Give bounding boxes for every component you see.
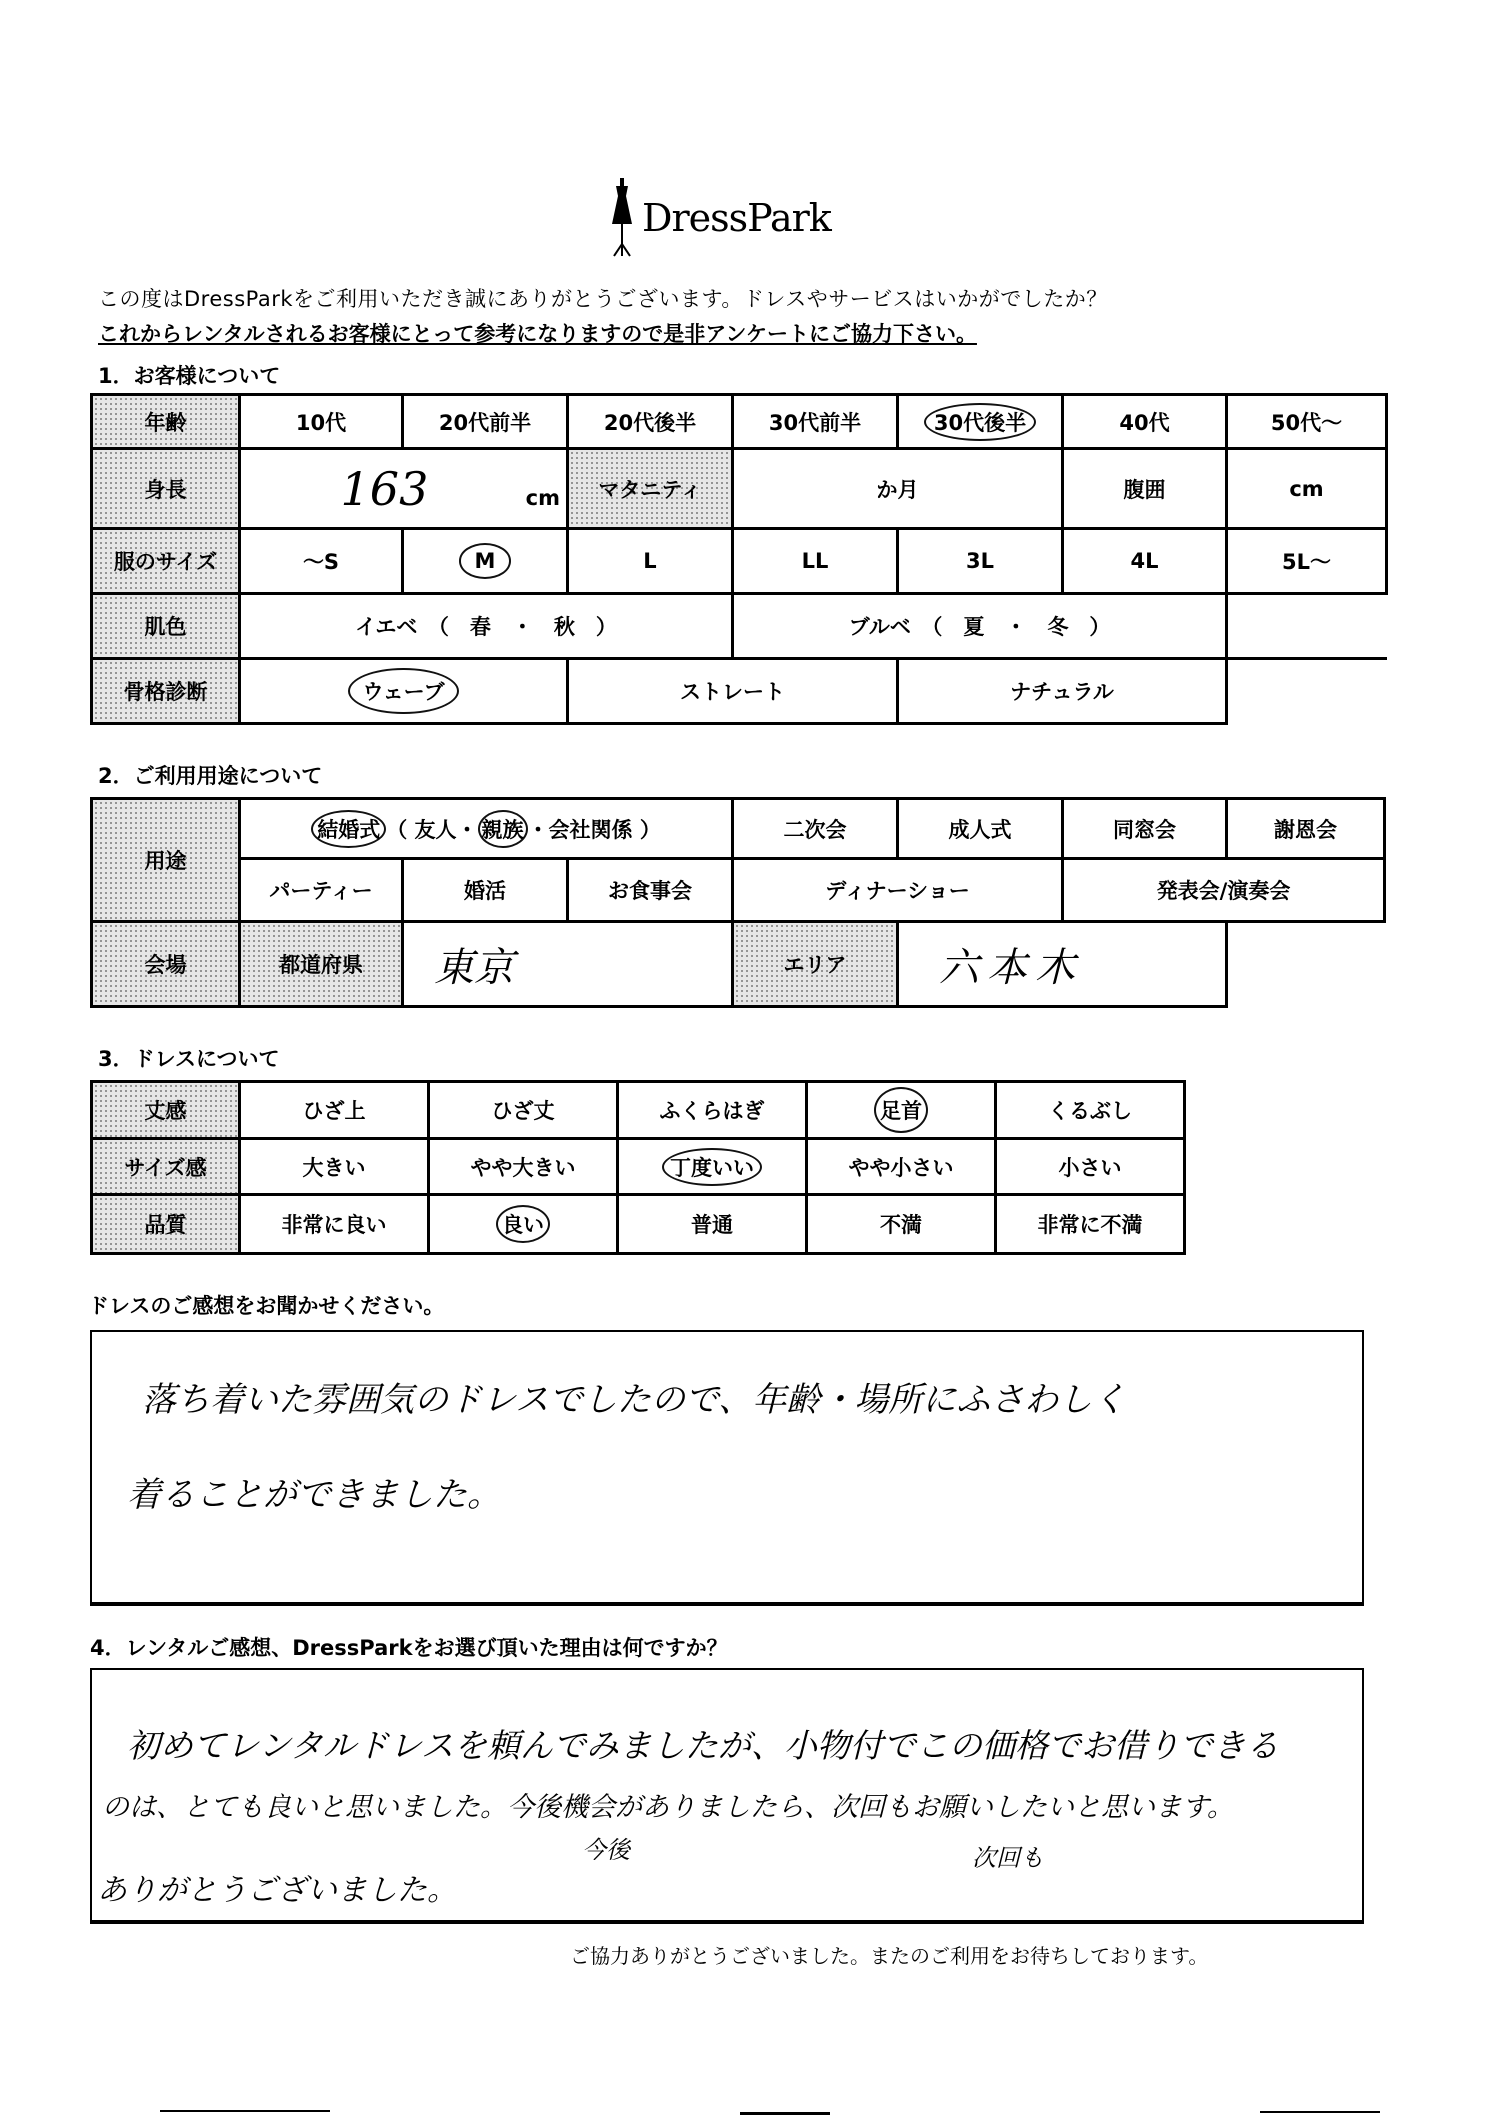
usage-option[interactable]: 成人式 bbox=[898, 799, 1063, 859]
selected-circle: ウェーブ bbox=[348, 668, 458, 714]
usage-option[interactable]: 婚活 bbox=[403, 859, 568, 922]
scan-artifact bbox=[160, 2110, 330, 2112]
section2-title: 2．ご利用用途について bbox=[98, 760, 322, 790]
age-label: 年齢 bbox=[92, 395, 240, 449]
fit-option-selected[interactable]: 丁度いい bbox=[618, 1139, 807, 1195]
skin-row: 肌色 イエベ （ 春 ・ 秋 ） ブルベ （ 夏 ・ 冬 ） bbox=[92, 594, 1387, 659]
size-option[interactable]: 3L bbox=[898, 529, 1063, 594]
size-option[interactable]: 4L bbox=[1063, 529, 1227, 594]
wedding-option[interactable]: 結婚式（ 友人・親族・会社関係 ） bbox=[240, 799, 733, 859]
prefecture-value: 東京 bbox=[434, 945, 514, 991]
empty-cell bbox=[1227, 659, 1387, 724]
age-option[interactable]: 20代後半 bbox=[568, 395, 733, 449]
skin-label: 肌色 bbox=[92, 594, 240, 659]
usage-row-1: 用途 結婚式（ 友人・親族・会社関係 ） 二次会 成人式 同窓会 謝恩会 bbox=[92, 799, 1385, 859]
frame-option-selected[interactable]: ウェーブ bbox=[240, 659, 568, 724]
brand-logo: DressPark bbox=[606, 178, 846, 258]
age-option-selected[interactable]: 30代後半 bbox=[898, 395, 1063, 449]
quality-option[interactable]: 不満 bbox=[807, 1195, 996, 1254]
age-option[interactable]: 40代 bbox=[1063, 395, 1227, 449]
maternity-label: マタニティ bbox=[568, 449, 733, 529]
dress-comment-prompt: ドレスのご感想をお聞かせください。 bbox=[88, 1290, 444, 1320]
length-option[interactable]: ふくらはぎ bbox=[618, 1082, 807, 1139]
rental-comment-line: ありがとうございました。 bbox=[97, 1865, 457, 1909]
waist-label: 腹囲 bbox=[1063, 449, 1227, 529]
insert-note: 次回も bbox=[972, 1838, 1044, 1873]
age-option[interactable]: 20代前半 bbox=[403, 395, 568, 449]
skin-yellow-option[interactable]: イエベ （ 春 ・ 秋 ） bbox=[240, 594, 733, 659]
purpose-label: 用途 bbox=[92, 799, 240, 922]
wedding-open-text: （ 友人・ bbox=[386, 818, 477, 842]
area-value: 六本木 bbox=[939, 945, 1083, 991]
fit-option[interactable]: やや小さい bbox=[807, 1139, 996, 1195]
age-option[interactable]: 50代～ bbox=[1227, 395, 1387, 449]
selected-circle: M bbox=[459, 543, 512, 579]
area-label: エリア bbox=[733, 922, 898, 1007]
footer-thanks: ご協力ありがとうございました。またのご利用をお待ちしております。 bbox=[570, 1940, 1208, 1969]
length-option[interactable]: ひざ上 bbox=[240, 1082, 429, 1139]
quality-option[interactable]: 非常に不満 bbox=[996, 1195, 1185, 1254]
rental-comment-box[interactable]: 初めてレンタルドレスを頼んでみましたが、小物付でこの価格でお借りできる のは、と… bbox=[90, 1668, 1364, 1924]
scan-artifact bbox=[1260, 2111, 1380, 2113]
frame-label: 骨格診断 bbox=[92, 659, 240, 724]
fit-label: サイズ感 bbox=[92, 1139, 240, 1195]
skin-blue-option[interactable]: ブルベ （ 夏 ・ 冬 ） bbox=[733, 594, 1227, 659]
wedding-close-text: ・会社関係 ） bbox=[528, 818, 661, 842]
venue-label: 会場 bbox=[92, 922, 240, 1007]
selected-circle: 30代後半 bbox=[924, 403, 1036, 441]
dress-comment-line: 落ち着いた雰囲気のドレスでしたので、年齢・場所にふさわしく bbox=[142, 1372, 1126, 1421]
dress-comment-line: 着ることができました。 bbox=[127, 1467, 501, 1516]
insert-note: 今後 bbox=[582, 1830, 630, 1865]
fit-option[interactable]: 大きい bbox=[240, 1139, 429, 1195]
size-option[interactable]: 5L～ bbox=[1227, 529, 1387, 594]
usage-option[interactable]: 発表会/演奏会 bbox=[1063, 859, 1385, 922]
selected-circle: 丁度いい bbox=[662, 1148, 762, 1186]
fit-option[interactable]: やや大きい bbox=[429, 1139, 618, 1195]
size-row: 服のサイズ ～S M L LL 3L 4L 5L～ bbox=[92, 529, 1387, 594]
dress-form-icon bbox=[606, 178, 638, 258]
rental-comment-line: 初めてレンタルドレスを頼んでみましたが、小物付でこの価格でお借りできる bbox=[127, 1720, 1279, 1767]
intro-request: これからレンタルされるお客様にとって参考になりますので是非アンケートにご協力下さ… bbox=[98, 318, 977, 348]
waist-field[interactable]: cm bbox=[1227, 449, 1387, 529]
usage-option[interactable]: 謝恩会 bbox=[1227, 799, 1385, 859]
section3-title: 3．ドレスについて bbox=[98, 1043, 280, 1073]
quality-option[interactable]: 普通 bbox=[618, 1195, 807, 1254]
scan-artifact bbox=[740, 2112, 830, 2115]
frame-option[interactable]: ナチュラル bbox=[898, 659, 1227, 724]
frame-row: 骨格診断 ウェーブ ストレート ナチュラル bbox=[92, 659, 1387, 724]
usage-row-2: パーティー 婚活 お食事会 ディナーショー 発表会/演奏会 bbox=[92, 859, 1385, 922]
prefecture-field[interactable]: 東京 bbox=[403, 922, 733, 1007]
size-label: 服のサイズ bbox=[92, 529, 240, 594]
rental-comment-line: のは、とても良いと思いました。今後機会がありましたら、次回もお願いしたいと思いま… bbox=[102, 1785, 1234, 1824]
selected-circle: 良い bbox=[496, 1205, 550, 1243]
venue-row: 会場 都道府県 東京 エリア 六本木 bbox=[92, 922, 1385, 1007]
length-option[interactable]: くるぶし bbox=[996, 1082, 1185, 1139]
area-field[interactable]: 六本木 bbox=[898, 922, 1227, 1007]
frame-option[interactable]: ストレート bbox=[568, 659, 898, 724]
usage-table: 用途 結婚式（ 友人・親族・会社関係 ） 二次会 成人式 同窓会 謝恩会 パーテ… bbox=[90, 797, 1386, 1008]
prefecture-label: 都道府県 bbox=[240, 922, 403, 1007]
length-label: 丈感 bbox=[92, 1082, 240, 1139]
selected-circle: 足首 bbox=[874, 1087, 928, 1133]
usage-option[interactable]: パーティー bbox=[240, 859, 403, 922]
height-label: 身長 bbox=[92, 449, 240, 529]
customer-info-table: 年齢 10代 20代前半 20代後半 30代前半 30代後半 40代 50代～ … bbox=[90, 393, 1388, 725]
quality-option-selected[interactable]: 良い bbox=[429, 1195, 618, 1254]
size-option-selected[interactable]: M bbox=[403, 529, 568, 594]
fit-option[interactable]: 小さい bbox=[996, 1139, 1185, 1195]
length-option[interactable]: ひざ丈 bbox=[429, 1082, 618, 1139]
length-row: 丈感 ひざ上 ひざ丈 ふくらはぎ 足首 くるぶし bbox=[92, 1082, 1185, 1139]
dress-comment-box[interactable]: 落ち着いた雰囲気のドレスでしたので、年齢・場所にふさわしく 着ることができました… bbox=[90, 1330, 1364, 1606]
wedding-selected: 結婚式 bbox=[311, 810, 386, 848]
age-option[interactable]: 10代 bbox=[240, 395, 403, 449]
age-row: 年齢 10代 20代前半 20代後半 30代前半 30代後半 40代 50代～ bbox=[92, 395, 1387, 449]
section4-title: 4．レンタルご感想、DressParkをお選び頂いた理由は何ですか？ bbox=[90, 1632, 728, 1662]
quality-option[interactable]: 非常に良い bbox=[240, 1195, 429, 1254]
usage-option[interactable]: 二次会 bbox=[733, 799, 898, 859]
height-value: 163 bbox=[341, 462, 429, 516]
brand-name: DressPark bbox=[642, 196, 831, 240]
fit-row: サイズ感 大きい やや大きい 丁度いい やや小さい 小さい bbox=[92, 1139, 1185, 1195]
size-option[interactable]: L bbox=[568, 529, 733, 594]
quality-label: 品質 bbox=[92, 1195, 240, 1254]
empty-cell bbox=[1227, 922, 1385, 1007]
height-unit: cm bbox=[526, 486, 560, 510]
quality-row: 品質 非常に良い 良い 普通 不満 非常に不満 bbox=[92, 1195, 1185, 1254]
intro-text: この度はDressParkをご利用いただき誠にありがとうございます。ドレスやサー… bbox=[98, 283, 1108, 313]
height-field[interactable]: 163 cm bbox=[240, 449, 568, 529]
empty-cell bbox=[1227, 594, 1387, 659]
height-row: 身長 163 cm マタニティ か月 腹囲 cm bbox=[92, 449, 1387, 529]
maternity-months-field[interactable]: か月 bbox=[733, 449, 1063, 529]
age-option[interactable]: 30代前半 bbox=[733, 395, 898, 449]
section1-title: 1．お客様について bbox=[98, 360, 280, 390]
length-option-selected[interactable]: 足首 bbox=[807, 1082, 996, 1139]
usage-option[interactable]: 同窓会 bbox=[1063, 799, 1227, 859]
size-option[interactable]: ～S bbox=[240, 529, 403, 594]
usage-option[interactable]: ディナーショー bbox=[733, 859, 1063, 922]
dress-table: 丈感 ひざ上 ひざ丈 ふくらはぎ 足首 くるぶし サイズ感 大きい やや大きい … bbox=[90, 1080, 1186, 1255]
relatives-selected: 親族 bbox=[478, 810, 528, 848]
usage-option[interactable]: お食事会 bbox=[568, 859, 733, 922]
size-option[interactable]: LL bbox=[733, 529, 898, 594]
